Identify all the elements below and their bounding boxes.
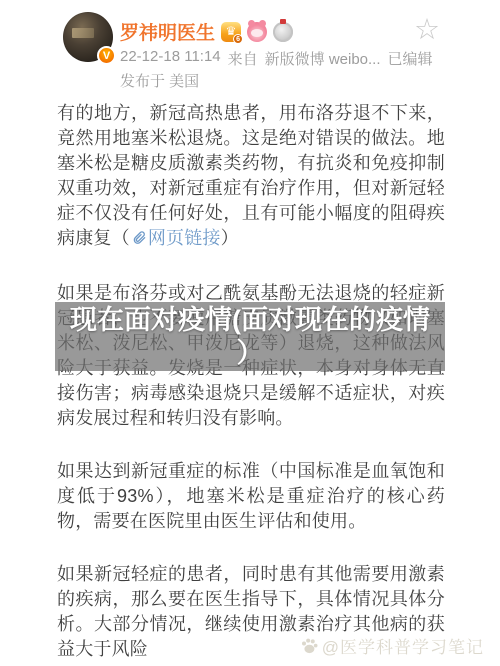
member-pink-badge-icon[interactable]: [247, 22, 267, 42]
medal-ribbon: [280, 19, 286, 24]
watermark: @医学科普学习笔记: [299, 633, 484, 658]
user-avatar[interactable]: V: [63, 12, 113, 62]
caption-line-1: 现在面对疫情(面对现在的疫情: [70, 304, 430, 337]
posted-location: 发布于 美国: [120, 70, 199, 91]
username-row: 罗祎明医生 ♛ 6: [120, 18, 293, 45]
paragraph-1: 有的地方，新冠高热患者，用布洛芬退不下来，竟然用地塞米松退烧。这是绝对错误的做法…: [57, 101, 445, 253]
caption-line-2: ）: [237, 337, 264, 370]
paragraph-1-text: 有的地方，新冠高热患者，用布洛芬退不下来，竟然用地塞米松退烧。这是绝对错误的做法…: [57, 103, 445, 248]
paragraph-1-close: ）: [221, 228, 239, 248]
paragraph-3: 如果达到新冠重症的标准（中国标准是血氧饱和度低于93%），地塞米松是重症治疗的核…: [57, 459, 445, 534]
watermark-text: @医学科普学习笔记: [322, 633, 484, 658]
verified-v-icon: V: [97, 46, 116, 65]
post-source-link[interactable]: 新版微博 weibo...: [265, 48, 381, 69]
username-link[interactable]: 罗祎明医生: [120, 18, 215, 45]
paw-icon: [299, 636, 319, 656]
from-label: 来自: [228, 48, 258, 69]
vip-crown-badge-icon[interactable]: ♛ 6: [221, 22, 241, 42]
medal-badge-icon[interactable]: [273, 22, 293, 42]
post-meta-line: 22-12-18 11:14 来自 新版微博 weibo... 已编辑: [120, 48, 433, 69]
favorite-star-icon[interactable]: ☆: [410, 12, 444, 46]
vip-level-number: 6: [233, 34, 243, 44]
web-link[interactable]: 网页链接: [148, 228, 221, 248]
edited-label[interactable]: 已编辑: [388, 48, 433, 69]
caption-overlay: 现在面对疫情(面对现在的疫情 ）: [55, 302, 445, 371]
post-body: 有的地方，新冠高热患者，用布洛芬退不下来，竟然用地塞米松退烧。这是绝对错误的做法…: [57, 101, 445, 662]
member-badge-face: [251, 29, 263, 37]
post-time: 22-12-18 11:14: [120, 48, 221, 69]
avatar-photo-detail: [72, 28, 94, 38]
weibo-post-screenshot: V 罗祎明医生 ♛ 6 22-12-18 11:14 来自 新版微博 weibo…: [0, 0, 500, 666]
paperclip-link-icon[interactable]: [131, 228, 147, 253]
